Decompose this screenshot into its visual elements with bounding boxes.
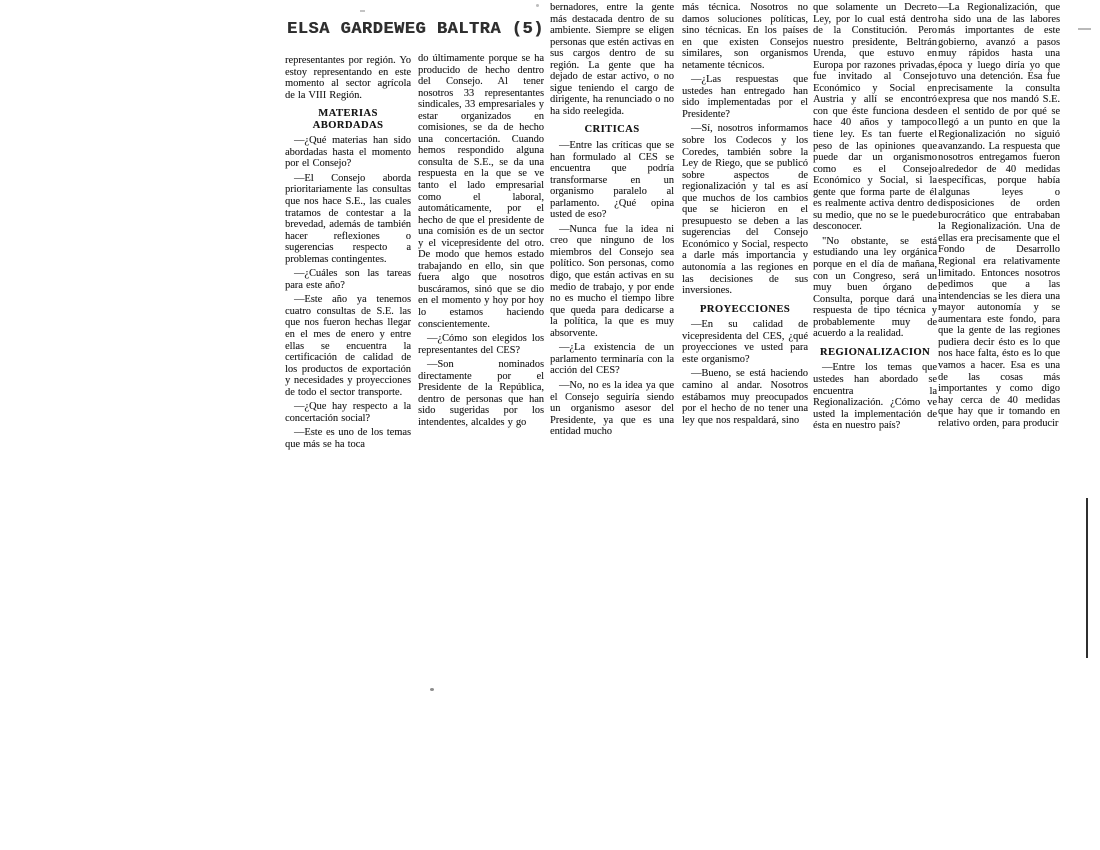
scan-dash-artifact <box>1078 28 1091 30</box>
article-paragraph: —Bueno, se está haciendo camino al andar… <box>682 368 808 426</box>
article-paragraph: —En su calidad de vicepresidenta del CES… <box>682 319 808 365</box>
article-paragraph: —Nunca fue la idea ni creo que ninguno d… <box>550 224 674 339</box>
section-heading: CRITICAS <box>550 124 674 136</box>
article-column-1: representantes por región. Yo estoy repr… <box>285 55 411 533</box>
article-column-5: que solamente un Decreto Ley, por lo cua… <box>813 2 937 530</box>
newspaper-article: ELSA GARDEWEG BALTRA (5) representantes … <box>285 0 1075 560</box>
article-paragraph: —Entre los temas que ustedes han abordad… <box>813 362 937 431</box>
article-paragraph: —¿Cómo son elegidos los representantes d… <box>418 333 544 356</box>
article-paragraph: —Este es uno de los temas que más se ha … <box>285 427 411 450</box>
article-paragraph: —¿La existencia de un parlamento termina… <box>550 342 674 377</box>
article-paragraph: más técnica. Nosotros no damos solucione… <box>682 2 808 71</box>
article-paragraph: —¿Las respuestas que ustedes han entrega… <box>682 74 808 120</box>
article-paragraph: —¿Cuáles son las tareas para este año? <box>285 268 411 291</box>
section-heading: REGIONALIZACION <box>813 347 937 359</box>
article-column-2: do últimamente porque se ha producido de… <box>418 53 544 535</box>
article-paragraph: —¿Que hay respecto a la concertación soc… <box>285 401 411 424</box>
article-paragraph: —¿Qué materias han sido abordadas hasta … <box>285 135 411 170</box>
article-paragraph: —Este año ya tenemos cuatro consultas de… <box>285 294 411 398</box>
scan-fold-line <box>1086 498 1088 658</box>
article-title: ELSA GARDEWEG BALTRA (5) <box>287 20 543 39</box>
scan-speck <box>536 4 539 7</box>
scan-speck <box>360 10 365 12</box>
article-paragraph: —La Regionalización, que ha sido una de … <box>938 2 1060 429</box>
scanned-newspaper-page: ELSA GARDEWEG BALTRA (5) representantes … <box>0 0 1100 850</box>
article-paragraph: —El Consejo aborda prioritariamente las … <box>285 173 411 265</box>
article-paragraph: representantes por región. Yo estoy repr… <box>285 55 411 101</box>
article-paragraph: —No, no es la idea ya que el Consejo seg… <box>550 380 674 438</box>
section-heading: PROYECCIONES <box>682 304 808 316</box>
article-paragraph: —Sí, nosotros informamos sobre los Codec… <box>682 123 808 296</box>
article-paragraph: "No obstante, se está estudiando una ley… <box>813 236 937 340</box>
section-heading: MATERIAS ABORDADAS <box>285 108 411 131</box>
article-paragraph: —Son nominados directamente por el Presi… <box>418 359 544 428</box>
article-paragraph: do últimamente porque se ha producido de… <box>418 53 544 330</box>
article-column-6: —La Regionalización, que ha sido una de … <box>938 2 1060 524</box>
article-paragraph: —Entre las críticas que se han formulado… <box>550 140 674 221</box>
article-column-4: más técnica. Nosotros no damos solucione… <box>682 2 808 536</box>
scan-speck <box>430 688 434 691</box>
article-paragraph: bernadores, entre la gente más destacada… <box>550 2 674 117</box>
article-paragraph: que solamente un Decreto Ley, por lo cua… <box>813 2 937 233</box>
article-column-3: bernadores, entre la gente más destacada… <box>550 2 674 538</box>
